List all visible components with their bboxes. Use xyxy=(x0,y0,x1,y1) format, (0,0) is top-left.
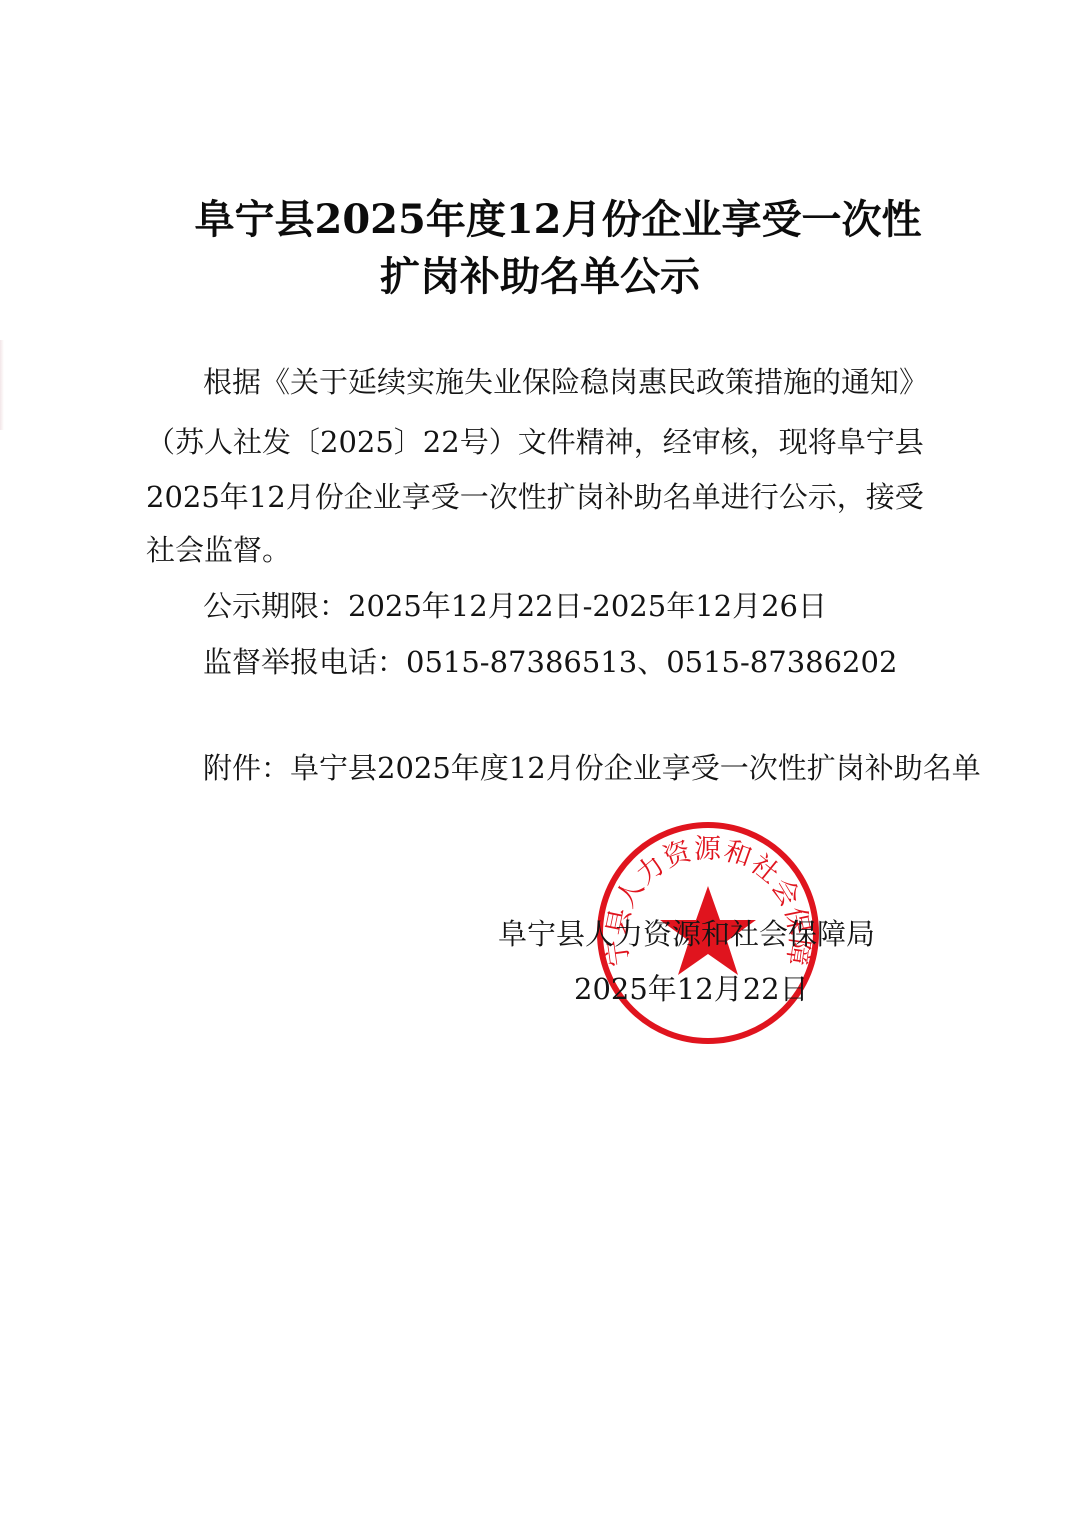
body-line-2: （苏人社发〔2025〕22号）文件精神，经审核，现将阜宁县 xyxy=(146,420,924,461)
body-line-3: 2025年12月份企业享受一次性扩岗补助名单进行公示，接受 xyxy=(146,475,924,516)
document-page: 阜宁县2025年度12月份企业享受一次性 扩岗补助名单公示 根据《关于延续实施失… xyxy=(0,0,1080,1526)
report-phone: 监督举报电话：0515-87386513、0515-87386202 xyxy=(203,640,897,681)
publicity-period: 公示期限：2025年12月22日-2025年12月26日 xyxy=(203,584,827,625)
body-line-4: 社会监督。 xyxy=(146,528,291,569)
body-line-1: 根据《关于延续实施失业保险稳岗惠民政策措施的通知》 xyxy=(203,360,928,401)
signature-date: 2025年12月22日 xyxy=(574,967,809,1008)
attachment-note: 附件：阜宁县2025年度12月份企业享受一次性扩岗补助名单 xyxy=(203,746,981,787)
scan-edge-artifact xyxy=(0,340,4,430)
document-title-line-1: 阜宁县2025年度12月份企业享受一次性 xyxy=(18,188,1080,245)
signature-organization: 阜宁县人力资源和社会保障局 xyxy=(498,912,875,953)
document-title-line-2: 扩岗补助名单公示 xyxy=(0,245,1080,302)
